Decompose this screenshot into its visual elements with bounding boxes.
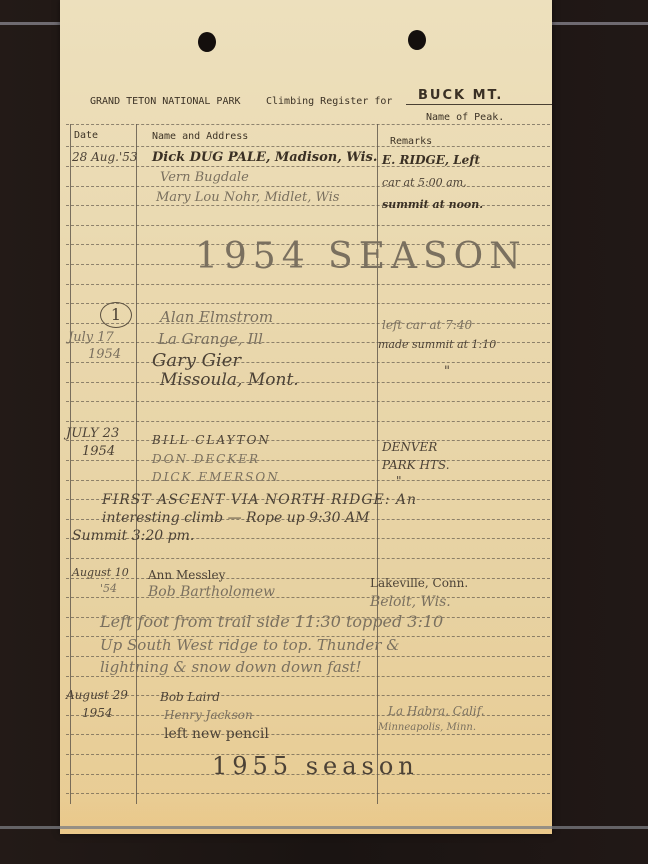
ditto-mark: " [396,474,402,488]
ditto-mark: " [444,364,450,379]
entry-date: 28 Aug.'53 [72,150,138,164]
entry-name: La Grange, Ill [158,330,263,348]
entry-date: 1954 [82,444,115,459]
column-rule-date [136,124,137,804]
entry-date: July 17 [68,330,114,345]
ruled-line [66,460,550,461]
entry-name: Dick DUG PALE, Madison, Wis. [152,150,377,165]
entry-remark: Lakeville, Conn. [370,576,468,590]
entry-remark: summit at noon. [382,198,483,211]
column-header-name: Name and Address [152,131,248,142]
entry-remark: E. RIDGE, Left [382,153,480,167]
entry-remark: PARK HTS. [382,458,450,472]
entry-note: Summit 3:20 pm. [72,528,194,544]
entry-name: Bob Laird [160,690,220,704]
entry-name: DICK EMERSON [152,470,280,484]
entry-name: Missoula, Mont. [160,370,299,390]
ruled-line [66,440,550,441]
entry-name: Vern Bugdale [160,170,249,185]
punch-hole-left [198,32,216,52]
entry-note: Left foot from trail side 11:30 topped 3… [100,612,443,631]
entry-date: '54 [100,582,117,595]
ruled-line [66,186,550,187]
park-name: GRAND TETON NATIONAL PARK [90,96,241,107]
ruled-line [66,558,550,559]
ruled-line [66,225,550,226]
entry-name: Gary Gier [152,350,241,371]
peak-caption: Name of Peak. [426,112,504,123]
entry-date: 1954 [82,706,113,720]
entry-remark: Beloit, Wis. [370,594,451,610]
entry-date: 1954 [88,347,121,362]
ruled-line [66,656,550,657]
entry-remark: car at 5:00 am, [382,176,467,189]
entry-remark: DENVER [382,440,437,454]
entry-date: JULY 23 [66,426,119,441]
ruled-line [66,695,550,696]
entry-name: Alan Elmstrom [160,308,273,326]
entry-note: interesting climb — Rope up 9:30 AM [102,510,369,526]
register-sheet: GRAND TETON NATIONAL PARK Climbing Regis… [60,0,552,834]
entry-note: FIRST ASCENT VIA NORTH RIDGE: An [102,492,417,508]
ruled-line [66,734,550,735]
entry-date: August 10 [72,566,129,579]
ruled-line [66,382,550,383]
register-title: Climbing Register for [266,96,392,107]
ruled-line [66,303,550,304]
entry-name: Bob Bartholomew [148,584,275,600]
ruled-line [66,401,550,402]
ruled-line [66,597,550,598]
ruled-line [66,323,550,324]
ruled-line [66,578,550,579]
ruled-line [66,676,550,677]
entry-remark: Minneapolis, Minn. [378,722,476,733]
entry-name: left new pencil [164,726,269,742]
entry-number: 1 [100,302,132,328]
column-rule-remarks [377,124,378,804]
ruled-line [66,793,550,794]
ruled-line [66,124,550,125]
entry-note: Up South West ridge to top. Thunder & [100,636,400,654]
entry-note: lightning & snow down down fast! [100,658,362,676]
entry-name: Ann Messley [148,568,225,582]
season-heading-1955: 1955 season [212,752,419,780]
entry-name: BILL CLAYTON [152,433,271,447]
ruled-line [66,146,550,147]
peak-name: BUCK MT. [418,88,503,103]
peak-underline [406,104,552,105]
entry-remark: made summit at 1:10 [378,338,496,351]
ruled-line [66,480,550,481]
column-header-date: Date [74,130,98,141]
entry-remark: left car at 7:40 [382,318,472,332]
entry-date: August 29 [66,688,128,702]
display-rail-bottom [0,826,648,829]
season-heading-1954: 1954 SEASON [195,236,527,277]
entry-name: Henry Jackson [164,708,253,722]
entry-name: Mary Lou Nohr, Midlet, Wis [156,190,339,205]
column-rule-left [70,124,71,804]
ruled-line [66,362,550,363]
ruled-line [66,284,550,285]
entry-name: DON DECKER [152,452,260,466]
punch-hole-right [408,30,426,50]
entry-remark: La Habra, Calif. [388,704,485,718]
ruled-line [66,421,550,422]
